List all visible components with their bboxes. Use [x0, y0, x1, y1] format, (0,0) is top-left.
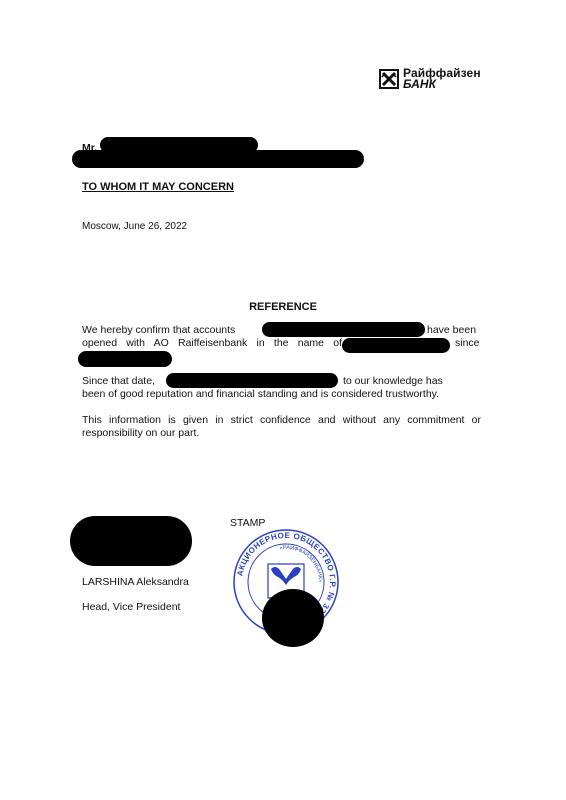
signature-redaction [70, 516, 192, 566]
signatory-position: Head, Vice President [82, 601, 180, 614]
confidentiality-paragraph: This information is given in strict conf… [82, 414, 481, 439]
bank-logo: Райффайзен БАНК [379, 68, 481, 90]
account-holder-redaction [342, 338, 450, 353]
stamp-redaction [262, 589, 324, 647]
accounts-redaction [262, 322, 425, 337]
place-date: Moscow, June 26, 2022 [82, 220, 187, 233]
p2-text-1: Since that date, [82, 375, 155, 388]
p1-text-4: since [455, 337, 480, 350]
p1-text-1: We hereby confirm that accounts [82, 324, 235, 337]
recipient-address-redaction [72, 150, 364, 168]
addressee-heading: TO WHOM IT MAY CONCERN [82, 181, 234, 193]
raiffeisen-logo-icon [379, 69, 399, 89]
since-date-redaction [78, 351, 172, 367]
p2-text-2: to our knowledge has [343, 375, 443, 388]
bank-name-line2: БАНК [403, 79, 481, 90]
p1-text-3: opened with AO Raiffeisenbank in the nam… [82, 337, 342, 350]
client-name-redaction [166, 373, 338, 388]
signatory-name: LARSHINA Aleksandra [82, 576, 189, 589]
p2-text-3: been of good reputation and financial st… [82, 388, 439, 401]
document-title: REFERENCE [0, 301, 566, 313]
p1-text-2: have been [427, 324, 476, 337]
